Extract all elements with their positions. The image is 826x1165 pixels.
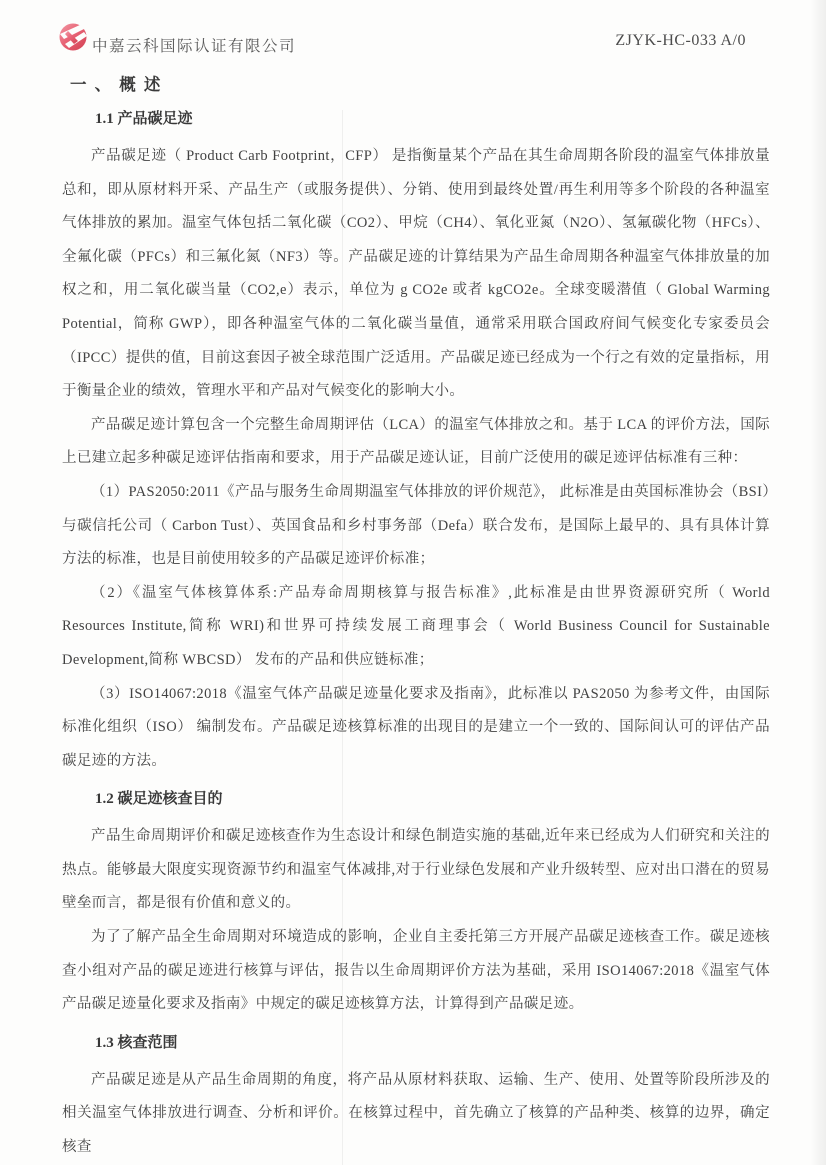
company-logo-icon bbox=[58, 22, 88, 52]
list-item-standard-3: （3）ISO14067:2018《温室气体产品碳足迹量化要求及指南》，此标准以 … bbox=[62, 678, 770, 779]
scanned-document-page: 中嘉云科国际认证有限公司 ZJYK-HC-033 A/0 一 、 概 述 1.1… bbox=[0, 0, 826, 1165]
paragraph: 产品生命周期评价和碳足迹核查作为生态设计和绿色制造实施的基础,近年来已经成为人们… bbox=[62, 820, 770, 921]
company-brand: 中嘉云科国际认证有限公司 bbox=[58, 24, 296, 54]
document-header: 中嘉云科国际认证有限公司 ZJYK-HC-033 A/0 bbox=[0, 0, 826, 54]
paragraph: 产品碳足迹是从产品生命周期的角度，将产品从原材料获取、运输、生产、使用、处置等阶… bbox=[62, 1064, 770, 1165]
document-code: ZJYK-HC-033 A/0 bbox=[615, 32, 746, 50]
paragraph: 产品碳足迹（ Product Carb Footprint，CFP） 是指衡量某… bbox=[62, 140, 770, 409]
heading-1-2-verification-purpose: 1.2 碳足迹核查目的 bbox=[95, 784, 770, 814]
company-name: 中嘉云科国际认证有限公司 bbox=[92, 34, 296, 56]
paragraph: 产品碳足迹计算包含一个完整生命周期评估（LCA）的温室气体排放之和。基于 LCA… bbox=[62, 409, 770, 476]
list-item-standard-1: （1）PAS2050:2011《产品与服务生命周期温室气体排放的评价规范》， 此… bbox=[62, 476, 770, 577]
document-body: 一 、 概 述 1.1 产品碳足迹 产品碳足迹（ Product Carb Fo… bbox=[0, 72, 826, 1165]
section-title-overview: 一 、 概 述 bbox=[70, 72, 770, 98]
paragraph: 为了了解产品全生命周期对环境造成的影响，企业自主委托第三方开展产品碳足迹核查工作… bbox=[62, 921, 770, 1022]
heading-1-3-verification-scope: 1.3 核查范围 bbox=[95, 1028, 770, 1058]
heading-1-1-product-carbon-footprint: 1.1 产品碳足迹 bbox=[95, 104, 770, 134]
list-item-standard-2: （2）《温室气体核算体系:产品寿命周期核算与报告标准》,此标准是由世界资源研究所… bbox=[62, 577, 770, 678]
